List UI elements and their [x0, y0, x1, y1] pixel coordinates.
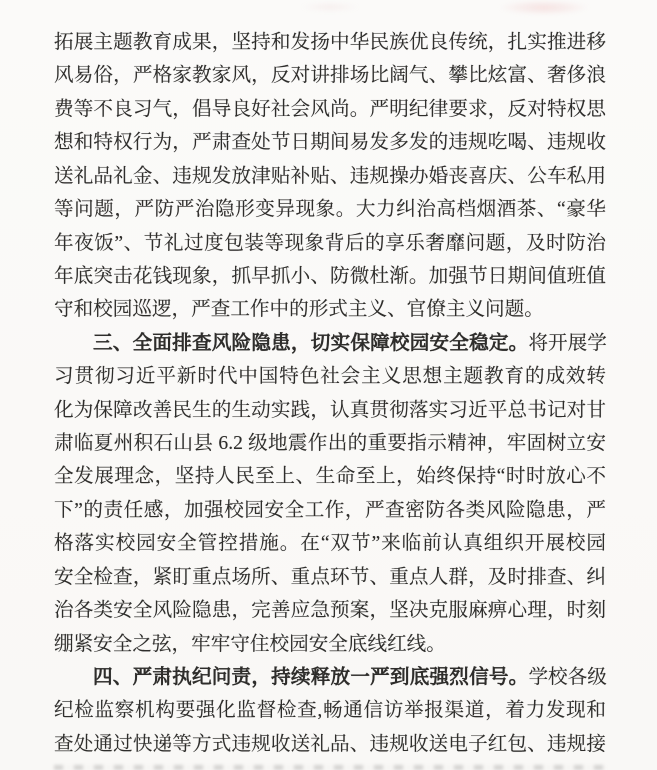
document-text-block: 拓展主题教育成果，坚持和发扬中华民族优良传统，扎实推进移 风易俗，严格家教家风，…: [54, 26, 606, 761]
paragraph-end-line: 守和校园巡逻，严查工作中的形式主义、官僚主义问题。: [54, 293, 606, 326]
pink-scan-artifact: [498, 0, 590, 15]
text-line: 下”的责任感，加强校园安全工作，严查密防各类风险隐患，严: [54, 494, 606, 527]
text-line: 风易俗，严格家教家风，反对讲排场比阔气、攀比炫富、奢侈浪: [54, 59, 606, 92]
text-line: 查处通过快递等方式违规收送礼品、违规收送电子红包、违规接: [54, 728, 606, 761]
heading-rest-text: 学校各级: [528, 667, 606, 688]
text-line: 年底突击花钱现象，抓早抓小、防微杜渐。加强节日期间值班值: [54, 260, 606, 293]
section-heading-line-3: 三、全面排查风险隐患，切实保障校园安全稳定。将开展学: [54, 327, 606, 360]
text-line: 送礼品礼金、违规发放津贴补贴、违规操办婚丧喜庆、公车私用: [54, 160, 606, 193]
document-page: 拓展主题教育成果，坚持和发扬中华民族优良传统，扎实推进移 风易俗，严格家教家风，…: [0, 0, 657, 770]
text-line: 全发展理念，坚持人民至上、生命至上，始终保持“时时放心不: [54, 460, 606, 493]
text-line: 想和特权行为，严肃查处节日期间易发多发的违规吃喝、违规收: [54, 126, 606, 159]
text-line: 治各类安全风险隐患，完善应急预案，坚决克服麻痹心理，时刻: [54, 594, 606, 627]
section-heading-bold-text: 三、全面排查风险隐患，切实保障校园安全稳定。: [93, 332, 528, 354]
text-line: 肃临夏州积石山县 6.2 级地震作出的重要指示精神，牢固树立安: [54, 427, 606, 460]
text-line: 拓展主题教育成果，坚持和发扬中华民族优良传统，扎实推进移: [54, 26, 606, 59]
text-line: 等问题，严防严治隐形变异现象。大力纠治高档烟酒茶、“豪华: [54, 193, 606, 226]
text-line: 化为保障改善民生的生动实践，认真贯彻落实习近平总书记对甘: [54, 394, 606, 427]
text-line: 纪检监察机构要强化监督检查,畅通信访举报渠道，着力发现和: [54, 694, 606, 727]
paragraph-end-line: 绷紧安全之弦，牢牢守住校园安全底线红线。: [54, 628, 606, 661]
text-line: 年夜饭”、节礼过度包装等现象背后的享乐奢靡问题，及时防治: [54, 227, 606, 260]
section-heading-bold-text: 四、严肃执纪问责，持续释放一严到底强烈信号。: [93, 666, 528, 688]
pink-scan-artifact: [300, 2, 360, 12]
text-line: 安全检查，紧盯重点场所、重点环节、重点人群，及时排查、纠: [54, 561, 606, 594]
text-line: 习贯彻习近平新时代中国特色社会主义思想主题教育的成效转: [54, 360, 606, 393]
cut-off-next-line-artifact: [54, 765, 606, 770]
text-line: 费等不良习气，倡导良好社会风尚。严明纪律要求，反对特权思: [54, 93, 606, 126]
heading-rest-text: 将开展学: [528, 333, 606, 354]
section-heading-line-4: 四、严肃执纪问责，持续释放一严到底强烈信号。学校各级: [54, 661, 606, 694]
text-line: 格落实校园安全管控措施。在“双节”来临前认真组织开展校园: [54, 527, 606, 560]
